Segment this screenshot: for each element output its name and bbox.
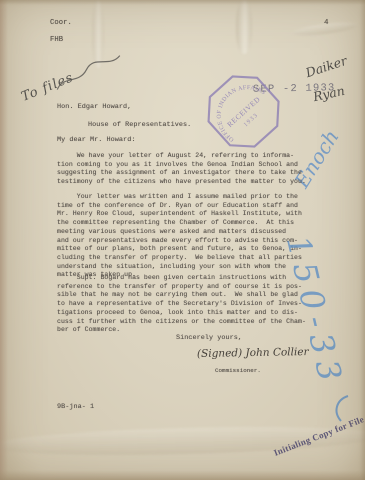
address-line-1: Hon. Edgar Howard,: [57, 103, 131, 111]
closing: Sincerely yours,: [176, 334, 242, 342]
stamped-signature: (Signed) John Collier: [197, 346, 309, 360]
paragraph-1: We have your letter of August 24, referr…: [57, 152, 317, 187]
scanned-letter-page: Coor. FHB 4 To files Daiker Ryan Enoch S…: [0, 0, 365, 480]
paper-crease: [92, 0, 104, 68]
paragraph-2: Your letter was written and I assume mai…: [57, 193, 317, 280]
typist-initials: FHB: [50, 36, 63, 44]
paragraph-3: Supt. Bogard has been given certain inst…: [57, 274, 317, 335]
svg-text:OFFICE OF INDIAN AFFAIRS: OFFICE OF INDIAN AFFAIRS: [204, 73, 276, 144]
file-reference: 9B-jna- 1: [57, 403, 94, 411]
address-line-2: House of Representatives.: [88, 121, 191, 129]
page-number: 4: [324, 19, 329, 27]
octagon-arc-text: OFFICE OF INDIAN AFFAIRS: [204, 73, 276, 144]
paper-crease: [236, 0, 252, 54]
initialing-copy-stamp: Initialing Copy for File: [272, 414, 365, 458]
scan-edge: [0, 0, 365, 5]
scan-edge: [0, 470, 365, 480]
scan-edge: [360, 0, 365, 480]
signer-title: Commissioner.: [215, 367, 261, 374]
salutation: My dear Mr. Howard:: [57, 136, 135, 144]
handwritten-to-files: To files: [19, 70, 76, 105]
handwritten-name-daiker: Daiker: [304, 53, 349, 80]
routing-code: Coor.: [50, 19, 72, 27]
scan-edge: [0, 0, 8, 480]
